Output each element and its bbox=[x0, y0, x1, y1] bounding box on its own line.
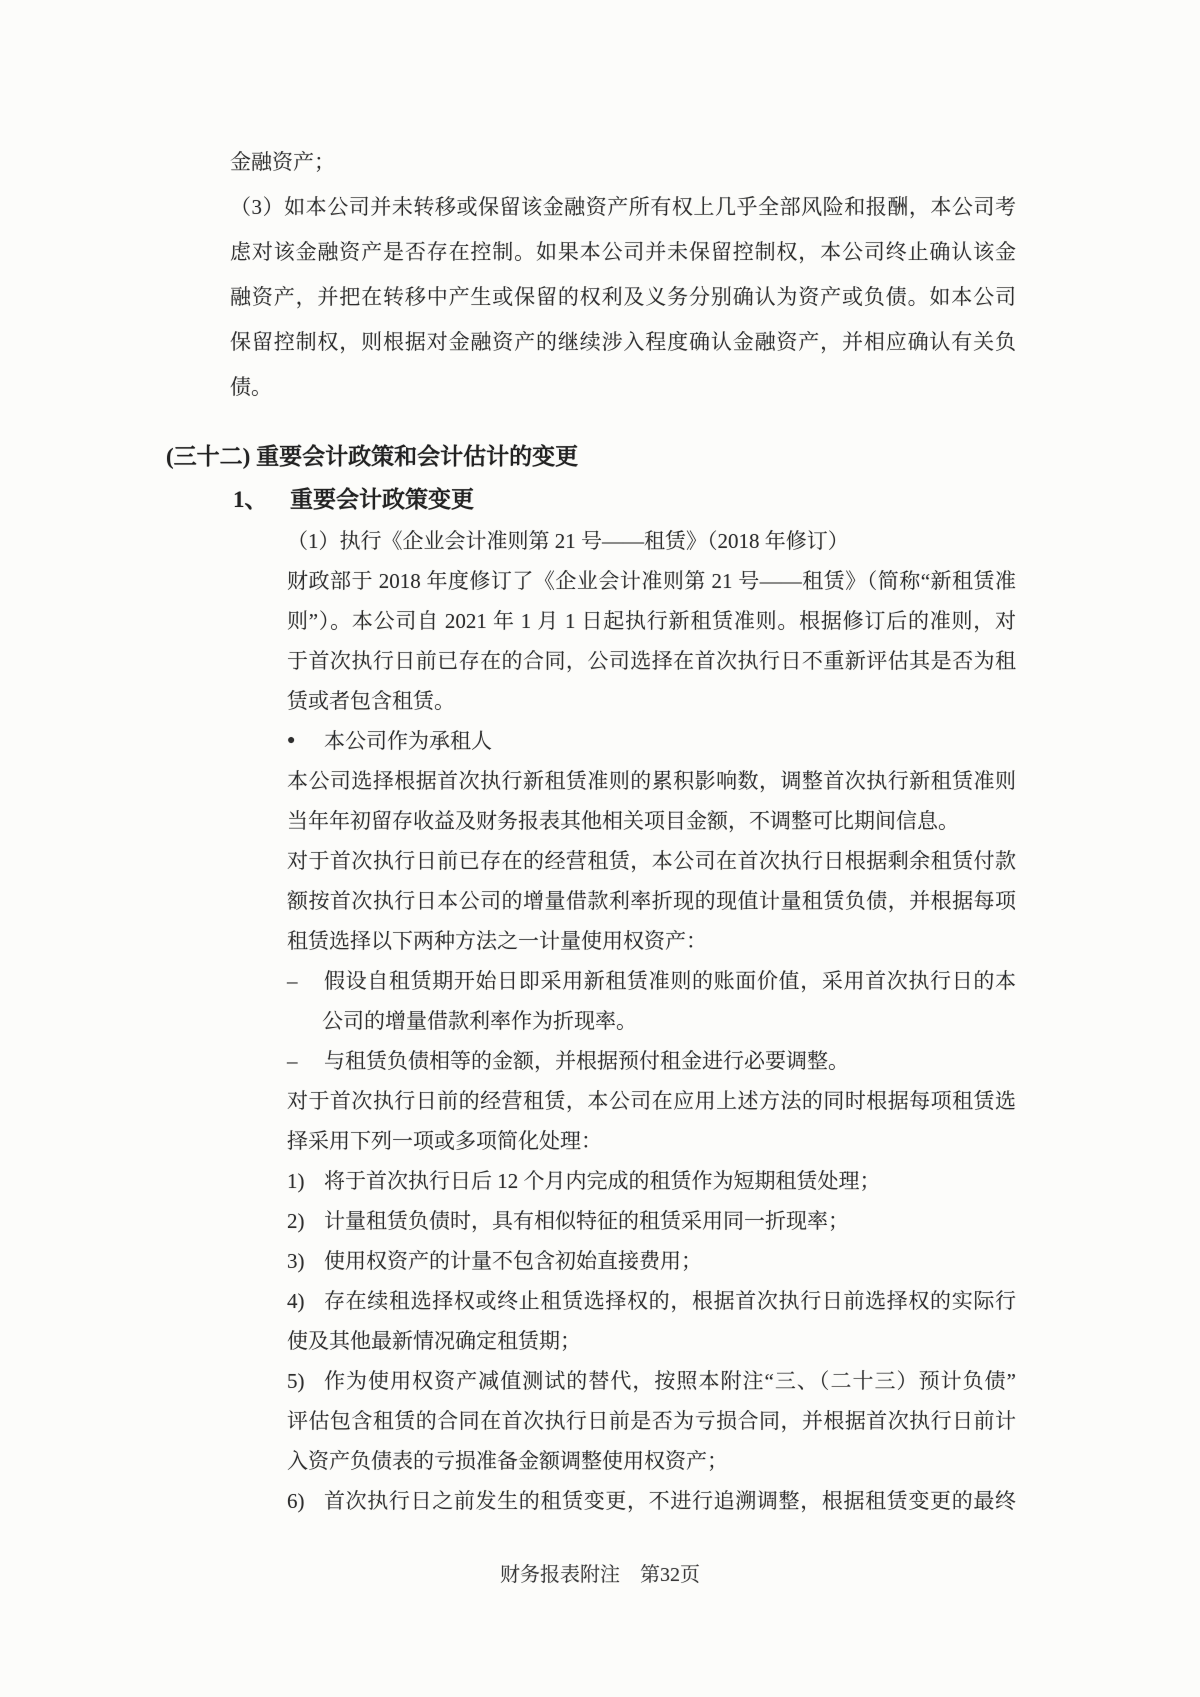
paragraph-line: 于首次执行日前已存在的合同，公司选择在首次执行日不重新评估其是否为租 bbox=[287, 641, 1016, 681]
line-text: 于首次执行日前已存在的合同，公司选择在首次执行日不重新评估其是否为租 bbox=[287, 641, 1016, 681]
paragraph-line: 使及其他最新情况确定租赁期； bbox=[287, 1321, 1016, 1361]
paragraph-line: 金融资产； bbox=[230, 140, 1016, 185]
line-text: 当年年初留存收益及财务报表其他相关项目金额，不调整可比期间信息。 bbox=[287, 801, 1016, 841]
list-marker: 4) bbox=[287, 1281, 324, 1321]
paragraph-line: （3）如本公司并未转移或保留该金融资产所有权上几乎全部风险和报酬，本公司考 bbox=[230, 185, 1016, 230]
footer-text: 财务报表附注 第32页 bbox=[500, 1564, 700, 1586]
line-text: 本公司作为承租人 bbox=[324, 721, 1016, 761]
line-text: 择采用下列一项或多项简化处理： bbox=[287, 1121, 1016, 1161]
bullet-list-item: ● 本公司作为承租人 bbox=[287, 721, 1016, 761]
dash-list-item: – 与租赁负债相等的金额，并根据预付租金进行必要调整。 bbox=[287, 1041, 1016, 1081]
document-page: 金融资产； （3）如本公司并未转移或保留该金融资产所有权上几乎全部风险和报酬，本… bbox=[0, 0, 1200, 1697]
document-body: 金融资产； （3）如本公司并未转移或保留该金融资产所有权上几乎全部风险和报酬，本… bbox=[0, 0, 1200, 1521]
paragraph-line: 虑对该金融资产是否存在控制。如果本公司并未保留控制权，本公司终止确认该金 bbox=[230, 230, 1016, 275]
paragraph-line: （1）执行《企业会计准则第 21 号——租赁》（2018 年修订） bbox=[287, 521, 1016, 561]
numbered-list-item: 4) 存在续租选择权或终止租赁选择权的，根据首次执行日前选择权的实际行 bbox=[287, 1281, 1016, 1321]
paragraph-line: 则”）。本公司自 2021 年 1 月 1 日起执行新租赁准则。根据修订后的准则… bbox=[287, 601, 1016, 641]
line-text: 使及其他最新情况确定租赁期； bbox=[287, 1321, 1016, 1361]
paragraph-line: 租赁选择以下两种方法之一计量使用权资产： bbox=[287, 921, 1016, 961]
line-text: （3）如本公司并未转移或保留该金融资产所有权上几乎全部风险和报酬，本公司考 bbox=[230, 185, 1016, 230]
line-text: 计量租赁负债时，具有相似特征的租赁采用同一折现率； bbox=[324, 1201, 1016, 1241]
list-marker: 1、 bbox=[233, 478, 290, 521]
bullet-icon: ● bbox=[287, 721, 324, 761]
paragraph-line: 当年年初留存收益及财务报表其他相关项目金额，不调整可比期间信息。 bbox=[287, 801, 1016, 841]
line-text: (三十二) 重要会计政策和会计估计的变更 bbox=[166, 435, 1200, 478]
paragraph-line: 额按首次执行日本公司的增量借款利率折现的现值计量租赁负债，并根据每项 bbox=[287, 881, 1016, 921]
paragraph-line: 赁或者包含租赁。 bbox=[287, 681, 1016, 721]
line-text: 重要会计政策变更 bbox=[290, 478, 1016, 521]
line-text: 虑对该金融资产是否存在控制。如果本公司并未保留控制权，本公司终止确认该金 bbox=[230, 230, 1016, 275]
line-text: （1）执行《企业会计准则第 21 号——租赁》（2018 年修订） bbox=[287, 521, 1016, 561]
line-text: 评估包含租赁的合同在首次执行日前是否为亏损合同，并根据首次执行日前计 bbox=[287, 1401, 1016, 1441]
list-marker: 5) bbox=[287, 1361, 324, 1401]
line-text: 融资产，并把在转移中产生或保留的权利及义务分别确认为资产或负债。如本公司 bbox=[230, 275, 1016, 320]
numbered-list-item: 2) 计量租赁负债时，具有相似特征的租赁采用同一折现率； bbox=[287, 1201, 1016, 1241]
line-text: 债。 bbox=[230, 365, 1016, 410]
paragraph-line: 入资产负债表的亏损准备金额调整使用权资产； bbox=[287, 1441, 1016, 1481]
line-text: 对于首次执行日前已存在的经营租赁，本公司在首次执行日根据剩余租赁付款 bbox=[287, 841, 1016, 881]
line-text: 则”）。本公司自 2021 年 1 月 1 日起执行新租赁准则。根据修订后的准则… bbox=[287, 601, 1016, 641]
paragraph-line: 择采用下列一项或多项简化处理： bbox=[287, 1121, 1016, 1161]
line-text: 额按首次执行日本公司的增量借款利率折现的现值计量租赁负债，并根据每项 bbox=[287, 881, 1016, 921]
numbered-list-item: 6) 首次执行日之前发生的租赁变更，不进行追溯调整，根据租赁变更的最终 bbox=[287, 1481, 1016, 1521]
line-text: 公司的增量借款利率作为折现率。 bbox=[322, 1001, 1016, 1041]
line-text: 金融资产； bbox=[230, 140, 1016, 185]
line-text: 使用权资产的计量不包含初始直接费用； bbox=[324, 1241, 1016, 1281]
subsection-heading: 1、 重要会计政策变更 bbox=[233, 478, 1016, 521]
line-text: 假设自租赁期开始日即采用新租赁准则的账面价值，采用首次执行日的本 bbox=[324, 961, 1016, 1001]
line-text: 将于首次执行日后 12 个月内完成的租赁作为短期租赁处理； bbox=[324, 1161, 1016, 1201]
paragraph-line: 公司的增量借款利率作为折现率。 bbox=[322, 1001, 1016, 1041]
paragraph-line: 对于首次执行日前已存在的经营租赁，本公司在首次执行日根据剩余租赁付款 bbox=[287, 841, 1016, 881]
line-text: 入资产负债表的亏损准备金额调整使用权资产； bbox=[287, 1441, 1016, 1481]
line-text: 作为使用权资产减值测试的替代，按照本附注“三、（二十三）预计负债” bbox=[324, 1361, 1016, 1401]
line-text: 首次执行日之前发生的租赁变更，不进行追溯调整，根据租赁变更的最终 bbox=[324, 1481, 1016, 1521]
numbered-list-item: 1) 将于首次执行日后 12 个月内完成的租赁作为短期租赁处理； bbox=[287, 1161, 1016, 1201]
paragraph-line: 债。 bbox=[230, 365, 1016, 410]
paragraph-line: 评估包含租赁的合同在首次执行日前是否为亏损合同，并根据首次执行日前计 bbox=[287, 1401, 1016, 1441]
list-marker: – bbox=[287, 961, 324, 1001]
line-text: 保留控制权，则根据对金融资产的继续涉入程度确认金融资产，并相应确认有关负 bbox=[230, 320, 1016, 365]
line-text: 本公司选择根据首次执行新租赁准则的累积影响数，调整首次执行新租赁准则 bbox=[287, 761, 1016, 801]
line-text: 对于首次执行日前的经营租赁，本公司在应用上述方法的同时根据每项租赁选 bbox=[287, 1081, 1016, 1121]
line-text: 赁或者包含租赁。 bbox=[287, 681, 1016, 721]
line-text: 存在续租选择权或终止租赁选择权的，根据首次执行日前选择权的实际行 bbox=[324, 1281, 1016, 1321]
list-marker: 3) bbox=[287, 1241, 324, 1281]
numbered-list-item: 3) 使用权资产的计量不包含初始直接费用； bbox=[287, 1241, 1016, 1281]
list-marker: 6) bbox=[287, 1481, 324, 1521]
list-marker: – bbox=[287, 1041, 324, 1081]
paragraph-line: 本公司选择根据首次执行新租赁准则的累积影响数，调整首次执行新租赁准则 bbox=[287, 761, 1016, 801]
list-marker: 2) bbox=[287, 1201, 324, 1241]
paragraph-line: 融资产，并把在转移中产生或保留的权利及义务分别确认为资产或负债。如本公司 bbox=[230, 275, 1016, 320]
page-footer: 财务报表附注 第32页 bbox=[0, 1560, 1200, 1590]
section-heading: (三十二) 重要会计政策和会计估计的变更 bbox=[166, 435, 1200, 478]
line-text: 财政部于 2018 年度修订了《企业会计准则第 21 号——租赁》（简称“新租赁… bbox=[287, 561, 1016, 601]
paragraph-line: 保留控制权，则根据对金融资产的继续涉入程度确认金融资产，并相应确认有关负 bbox=[230, 320, 1016, 365]
line-text: 与租赁负债相等的金额，并根据预付租金进行必要调整。 bbox=[324, 1041, 1016, 1081]
paragraph-line: 财政部于 2018 年度修订了《企业会计准则第 21 号——租赁》（简称“新租赁… bbox=[287, 561, 1016, 601]
numbered-list-item: 5) 作为使用权资产减值测试的替代，按照本附注“三、（二十三）预计负债” bbox=[287, 1361, 1016, 1401]
dash-list-item: – 假设自租赁期开始日即采用新租赁准则的账面价值，采用首次执行日的本 bbox=[287, 961, 1016, 1001]
line-text: 租赁选择以下两种方法之一计量使用权资产： bbox=[287, 921, 1016, 961]
list-marker: 1) bbox=[287, 1161, 324, 1201]
paragraph-line: 对于首次执行日前的经营租赁，本公司在应用上述方法的同时根据每项租赁选 bbox=[287, 1081, 1016, 1121]
